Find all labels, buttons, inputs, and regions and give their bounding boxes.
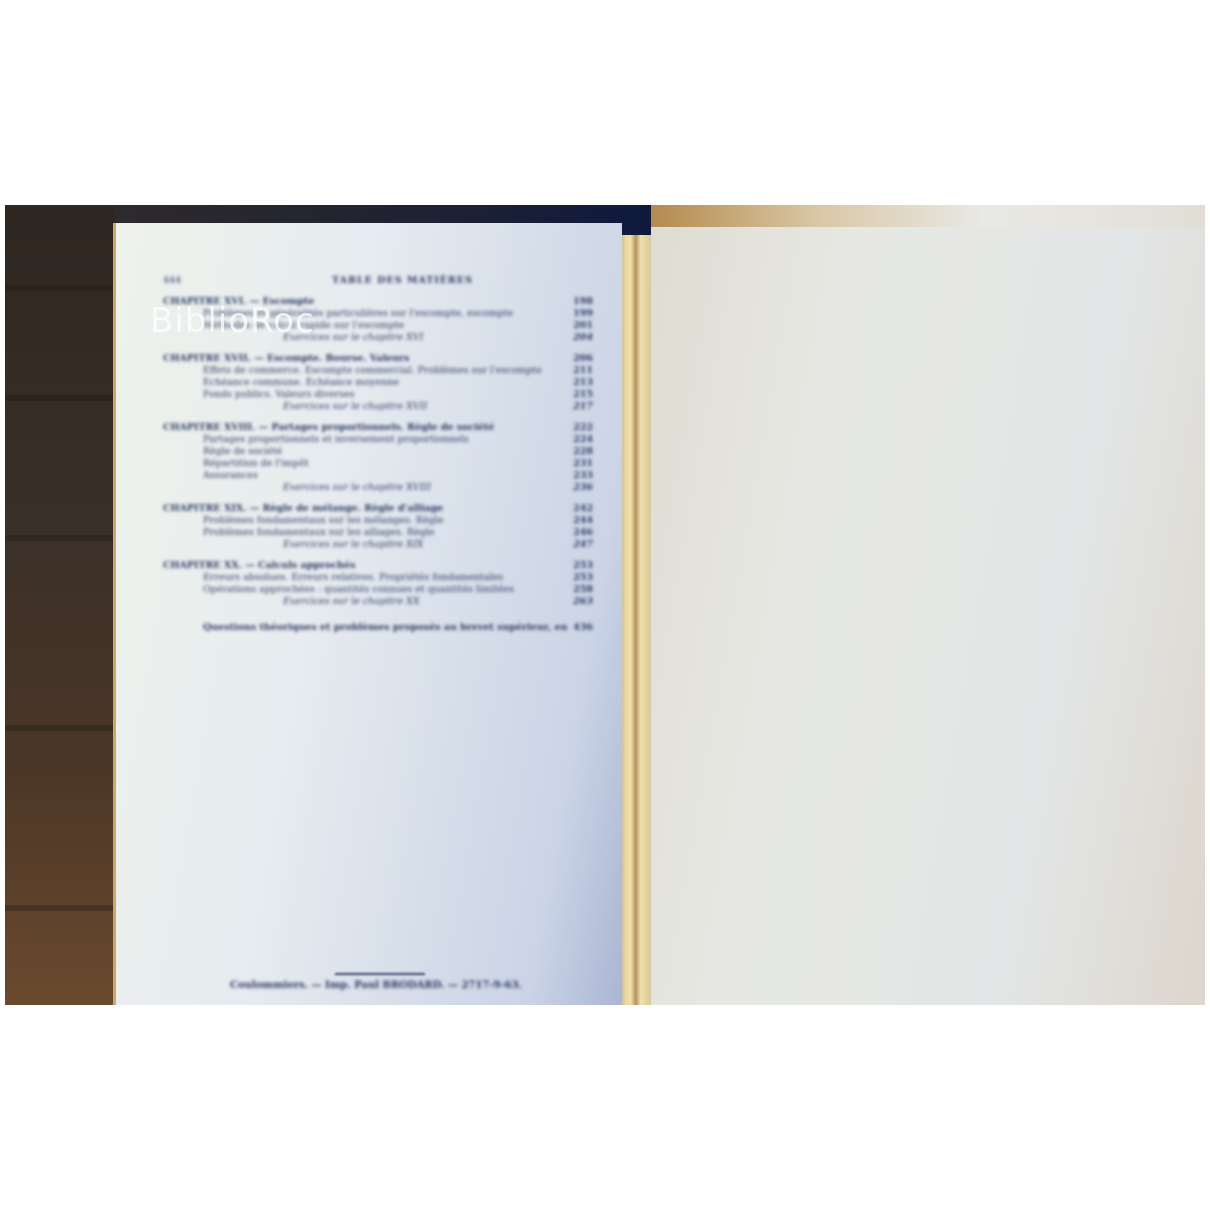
toc-entry-page: 213 [571,377,593,389]
toc-entry-label: Exercices sur le chapitre XIX [283,539,571,551]
right-page-blank [651,205,1205,1005]
toc-entry-label: Opérations approchées : quantités connue… [203,584,571,596]
toc-entry: Erreurs absolues. Erreurs relatives. Pro… [163,572,593,584]
toc-entry: Exercices sur le chapitre XVII217 [163,401,593,413]
watermark: BiblioRoc [150,301,315,341]
toc-entry-label: Exercices sur le chapitre XVIII [283,482,571,494]
toc-entry-page: 436 [571,622,593,634]
toc-entry-page: 247 [571,539,593,551]
toc-entry: Répartition de l'impôt231 [163,458,593,470]
toc-entry: Échéance commune. Échéance moyenne213 [163,377,593,389]
toc-entry: Problèmes fondamentaux sur les mélanges.… [163,515,593,527]
toc-entry-page: 246 [571,527,593,539]
toc-entry-label: Répartition de l'impôt [203,458,571,470]
toc-entry-page: 231 [571,458,593,470]
toc-entry-page: 233 [571,470,593,482]
page-header: 444 TABLE DES MATIÈRES [163,275,593,287]
toc-entry-label: CHAPITRE XIX. — Règle de mélange. Règle … [163,503,571,515]
toc-entry: CHAPITRE XX. — Calculs approchés253 [163,560,593,572]
toc-entry-page: 198 [571,296,593,308]
toc-entry-label: Règle de société [203,446,571,458]
toc-entry-label: Partages proportionnels et inversement p… [203,434,571,446]
toc-entry-label: Exercices sur le chapitre XVI [283,332,571,344]
toc-entry-label: Effets de commerce. Escompte commercial.… [203,365,571,377]
toc-entry: Effets de commerce. Escompte commercial.… [163,365,593,377]
toc-entry: Assurances233 [163,470,593,482]
toc-entry-page: 217 [571,401,593,413]
right-page-top-edge [651,205,1205,227]
toc-entry: Questions théoriques et problèmes propos… [163,622,593,634]
page-number: 444 [163,275,181,287]
toc-entry: Exercices sur le chapitre XIX247 [163,539,593,551]
toc-entry-label: CHAPITRE XVIII. — Partages proportionnel… [163,422,571,434]
toc-entry-label: Assurances [203,470,571,482]
wood-grain [5,535,125,541]
toc-entry-page: 222 [571,422,593,434]
toc-entry-page: 211 [571,365,593,377]
wood-grain [5,725,125,731]
toc-entry-label: Problèmes fondamentaux sur les mélanges.… [203,515,571,527]
toc-entry: Règle de société228 [163,446,593,458]
toc-entry-page: 215 [571,389,593,401]
toc-entry-label: Erreurs absolues. Erreurs relatives. Pro… [203,572,571,584]
toc-entry-page: 253 [571,572,593,584]
toc-entry-page: 242 [571,503,593,515]
toc-entry-page: 206 [571,353,593,365]
toc-entry-label: Questions théoriques et problèmes propos… [203,622,571,634]
toc-entry: CHAPITRE XIX. — Règle de mélange. Règle … [163,503,593,515]
toc-entry-page: 204 [571,332,593,344]
toc-entry: CHAPITRE XVIII. — Partages proportionnel… [163,422,593,434]
toc-entry-page: 228 [571,446,593,458]
toc-entry: Exercices sur le chapitre XX263 [163,596,593,608]
toc-entry: Fonds publics. Valeurs diverses215 [163,389,593,401]
toc-entry-label: Exercices sur le chapitre XVII [283,401,571,413]
toc-entry-page: 263 [571,596,593,608]
wood-grain [5,395,125,401]
wood-grain [5,285,125,291]
colophon: Coulommiers. — Imp. Paul BRODARD. — 2717… [230,980,522,991]
wood-grain [5,905,125,911]
toc-entry: Partages proportionnels et inversement p… [163,434,593,446]
toc-entry-page: 201 [571,320,593,332]
toc-entry-page: 244 [571,515,593,527]
toc-entry-label: Fonds publics. Valeurs diverses [203,389,571,401]
toc-entry-page: 236 [571,482,593,494]
book-spine [617,235,651,1005]
toc-entry-label: CHAPITRE XVII. — Escompte. Bourse. Valeu… [163,353,571,365]
toc-entry-page: 258 [571,584,593,596]
toc-entry-page: 253 [571,560,593,572]
toc-entry-label: Échéance commune. Échéance moyenne [203,377,571,389]
toc-entry-page: 199 [571,308,593,320]
book-photo: 444 TABLE DES MATIÈRES CHAPITRE XVI. — E… [5,205,1205,1005]
colophon-rule [335,973,425,975]
toc-entry: Problèmes fondamentaux sur les alliages.… [163,527,593,539]
toc-entry-label: CHAPITRE XX. — Calculs approchés [163,560,571,572]
toc-entry-page: 224 [571,434,593,446]
running-title: TABLE DES MATIÈRES [332,275,473,287]
toc-entry: Opérations approchées : quantités connue… [163,584,593,596]
toc-list: CHAPITRE XVI. — Escompte198Problèmes et … [163,296,593,634]
toc-entry-label: Problèmes fondamentaux sur les alliages.… [203,527,571,539]
toc-entry: CHAPITRE XVII. — Escompte. Bourse. Valeu… [163,353,593,365]
toc-entry: Exercices sur le chapitre XVIII236 [163,482,593,494]
toc-entry-label: Exercices sur le chapitre XX [283,596,571,608]
